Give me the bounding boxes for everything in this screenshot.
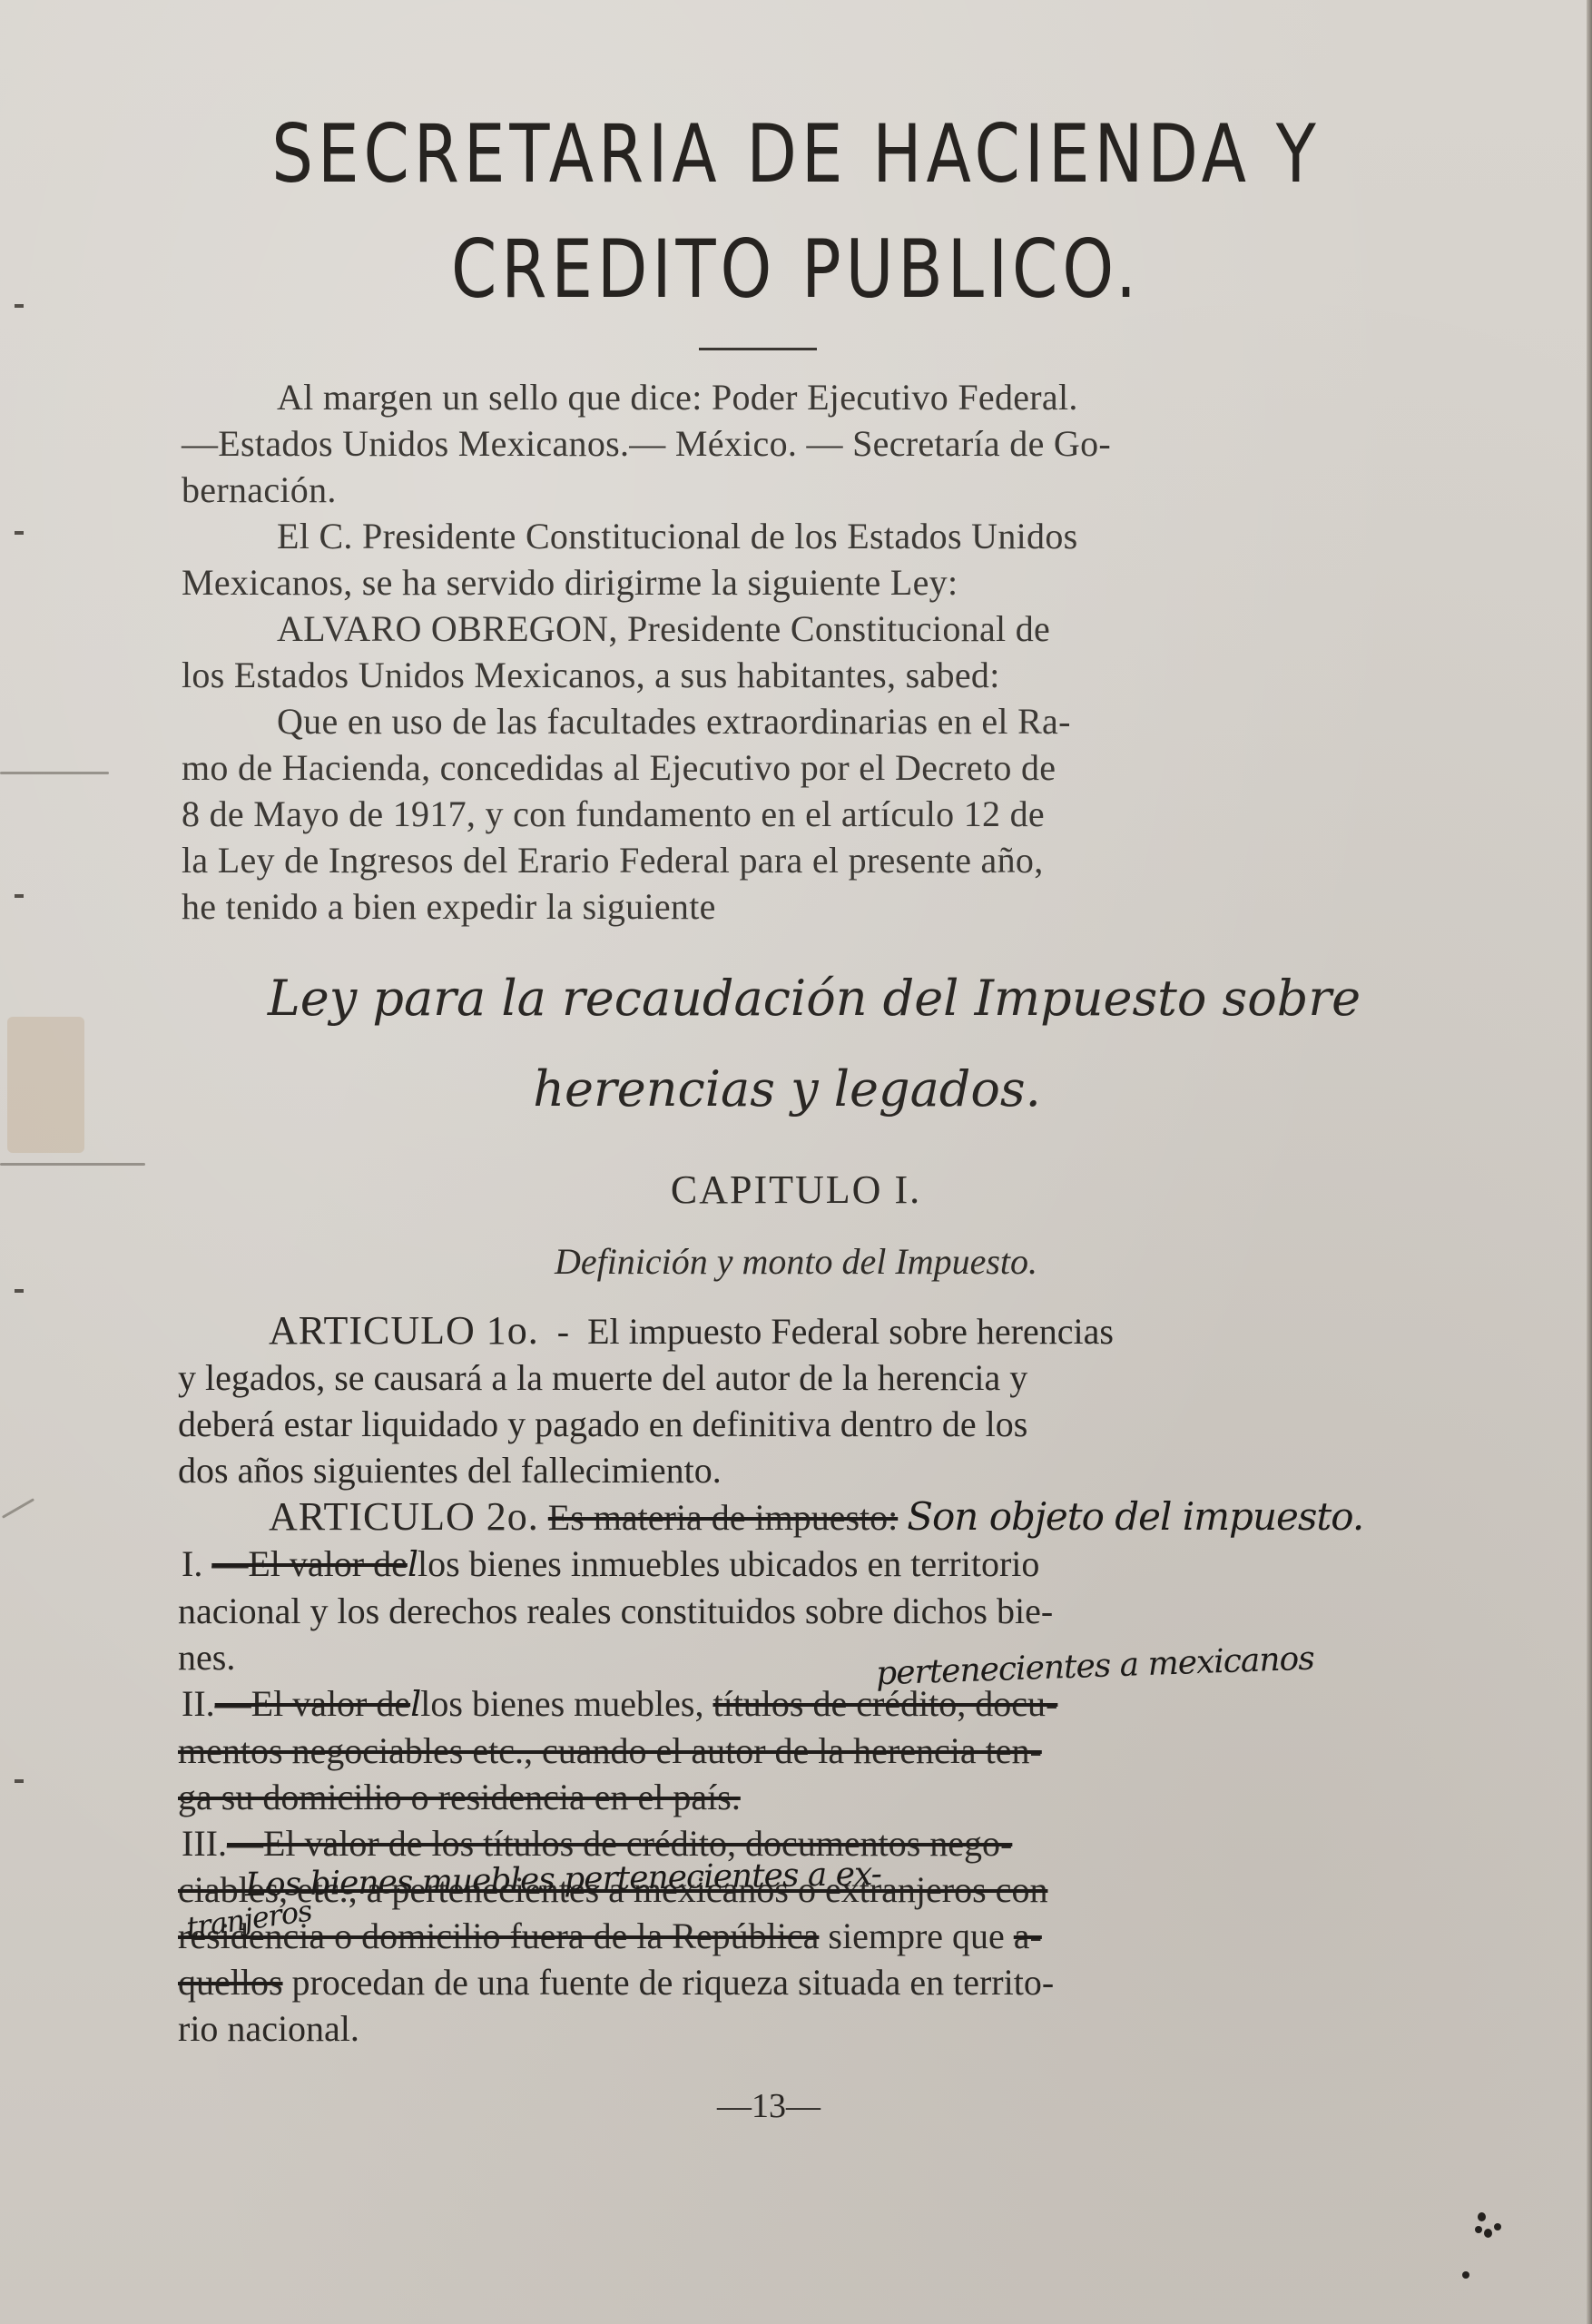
margin-mark [15, 1779, 24, 1783]
preamble-line: la Ley de Ingresos del Erario Federal pa… [182, 837, 1334, 883]
section-2-number: II. [182, 1683, 215, 1724]
article-1-line: y legados, se causará a la muerte del au… [178, 1354, 1349, 1401]
section-3-text: procedan de una fuente de riqueza situad… [292, 1962, 1055, 2003]
preamble-line: Que en uso de las facultades extraordina… [182, 698, 1334, 744]
struck-text: a- [1014, 1915, 1042, 1956]
document-page: SECRETARIA DE HACIENDA Y CREDITO PUBLICO… [0, 0, 1592, 2324]
article-1: ARTICULO 1o. - El impuesto Federal sobre… [178, 1307, 1349, 1493]
preamble-line: ALVARO OBREGON, Presidente Constituciona… [182, 606, 1334, 652]
struck-text: —El valor de los títulos de crédito, doc… [227, 1823, 1012, 1864]
page-title-line-2: CREDITO PUBLICO. [143, 222, 1449, 316]
section-3-continuation: siempre que [828, 1915, 1004, 1956]
preamble-line: —Estados Unidos Mexicanos.— México. — Se… [182, 420, 1334, 467]
preamble-line: El C. Presidente Constitucional de los E… [182, 513, 1334, 559]
paper-tear [0, 1163, 145, 1166]
handwritten-annotation: Son objeto del impuesto. [907, 1494, 1363, 1539]
article-1-line: dos años siguientes del fallecimiento. [178, 1447, 1349, 1493]
struck-text: —El valor de [215, 1683, 411, 1724]
preamble-line: Mexicanos, se ha servido dirigirme la si… [182, 559, 1334, 606]
ink-spot [1478, 2212, 1486, 2221]
title-divider [699, 348, 817, 350]
ink-spot [1484, 2229, 1492, 2238]
section-1-line: nacional y los derechos reales constitui… [178, 1588, 1349, 1634]
preamble-line: los Estados Unidos Mexicanos, a sus habi… [182, 652, 1334, 698]
preamble-line: Al margen un sello que dice: Poder Ejecu… [182, 374, 1334, 420]
paper-tear [2, 1498, 34, 1519]
section-1-text: los bienes inmuebles ubicados en territo… [418, 1543, 1039, 1584]
handwritten-insert: l [408, 1544, 418, 1584]
section-1-number: I. [182, 1543, 202, 1584]
page-edge [1587, 0, 1592, 2324]
margin-mark [15, 531, 24, 535]
law-title-line-1: Ley para la recaudación del Impuesto sob… [18, 970, 1592, 1027]
handwritten-insert: l [410, 1684, 420, 1724]
section-3-line: rio nacional. [178, 2005, 1349, 2052]
section-2-text: los bienes muebles, [420, 1683, 703, 1724]
preamble-line: he tenido a bien expedir la siguiente [182, 883, 1334, 930]
preamble-line: bernación. [182, 467, 1334, 513]
ink-spot [1494, 2223, 1501, 2230]
preamble-line: mo de Hacienda, concedidas al Ejecutivo … [182, 744, 1334, 791]
struck-line: mentos negociables etc., cuando el autor… [178, 1728, 1349, 1774]
struck-text: quellos [178, 1962, 283, 2003]
article-2-label: ARTICULO 2o. [269, 1494, 539, 1539]
ink-spot [1462, 2271, 1469, 2279]
margin-mark [15, 894, 24, 898]
article-1-label: ARTICULO 1o. [269, 1308, 539, 1353]
page-title-line-1: SECRETARIA DE HACIENDA Y [143, 107, 1449, 201]
struck-line: ga su domicilio o residencia en el país. [178, 1774, 1349, 1820]
preamble: Al margen un sello que dice: Poder Ejecu… [182, 374, 1334, 930]
section-3-number: III. [182, 1823, 227, 1864]
chapter-subtitle: Definición y monto del Impuesto. [0, 1240, 1592, 1283]
article-1-text: El impuesto Federal sobre herencias [587, 1311, 1114, 1352]
preamble-line: 8 de Mayo de 1917, y con fundamento en e… [182, 791, 1334, 837]
page-number: —13— [717, 2086, 821, 2126]
law-title-line-2: herencias y legados. [0, 1060, 1583, 1118]
article-2: ARTICULO 2o. Es materia de impuesto: Son… [178, 1493, 1349, 2052]
ink-spot [1475, 2226, 1482, 2233]
struck-text: —El valor de [211, 1543, 408, 1584]
paper-tear [0, 772, 109, 774]
struck-text: Es materia de impuesto: [548, 1497, 898, 1538]
chapter-heading: CAPITULO I. [0, 1167, 1592, 1213]
article-1-line: deberá estar liquidado y pagado en defin… [178, 1401, 1349, 1447]
margin-mark [15, 304, 24, 308]
margin-mark [15, 1289, 24, 1293]
